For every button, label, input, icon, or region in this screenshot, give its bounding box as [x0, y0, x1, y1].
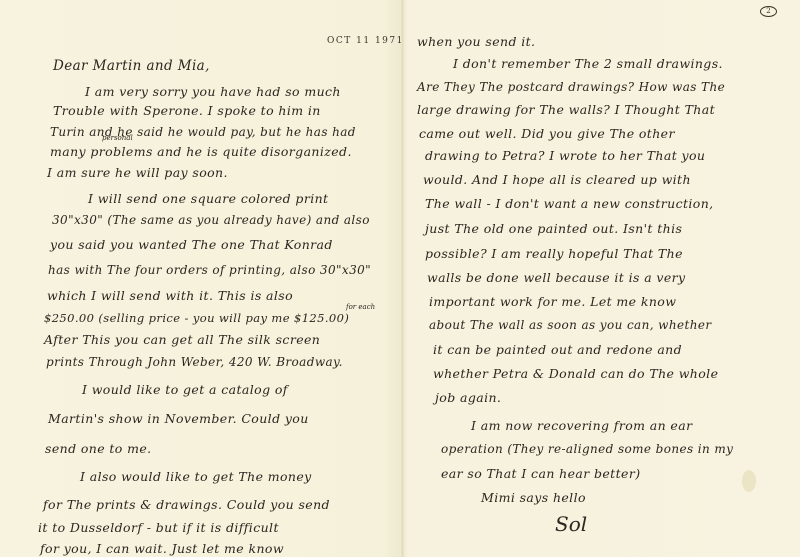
letter-line: walls be done well because it is a very: [427, 270, 686, 285]
letter-date: OCT 11 1971: [327, 36, 404, 46]
letter-line: it can be painted out and redone and: [433, 342, 682, 357]
letter-line: possible? I am really hopeful That The: [425, 246, 683, 261]
letter-line: job again.: [435, 390, 501, 405]
letter-line: whether Petra & Donald can do The whole: [433, 366, 718, 381]
letter-page-2: 2 when you send it. I don't remember The…: [405, 0, 800, 557]
letter-line: for The prints & drawings. Could you sen…: [43, 497, 330, 512]
letter-line: you said you wanted The one That Konrad: [50, 237, 333, 252]
letter-line: operation (They re-aligned some bones in…: [441, 442, 733, 456]
letter-line: ear so That I can hear better): [441, 466, 640, 481]
letter-line: large drawing for The walls? I Thought T…: [417, 102, 715, 117]
letter-line: came out well. Did you give The other: [419, 126, 675, 141]
letter-scan: OCT 11 1971 Dear Martin and Mia, I am ve…: [0, 0, 800, 557]
letter-line: I am sure he will pay soon.: [47, 165, 228, 180]
letter-line: The wall - I don't want a new constructi…: [425, 196, 714, 211]
letter-line: I am very sorry you have had so much: [85, 84, 341, 99]
letter-line: which I will send with it. This is also: [47, 288, 293, 303]
letter-line: has with The four orders of printing, al…: [48, 263, 371, 277]
insertion-note: personal: [102, 134, 133, 142]
letter-line: Martin's show in November. Could you: [48, 411, 309, 426]
page-number: 2: [760, 6, 777, 17]
letter-line: I will send one square colored print: [88, 191, 328, 206]
page-divider: [401, 0, 404, 557]
letter-line: many problems and he is quite disorganiz…: [50, 144, 352, 159]
letter-page-1: OCT 11 1971 Dear Martin and Mia, I am ve…: [0, 0, 400, 557]
letter-line: it to Dusseldorf - but if it is difficul…: [38, 520, 279, 535]
letter-line: Are They The postcard drawings? How was …: [417, 80, 725, 94]
letter-line: send one to me.: [45, 441, 152, 456]
letter-line: 30"x30" (The same as you already have) a…: [52, 213, 370, 227]
letter-line: about The wall as soon as you can, wheth…: [429, 318, 711, 332]
letter-line: I would like to get a catalog of: [82, 382, 288, 397]
letter-line: drawing to Petra? I wrote to her That yo…: [425, 148, 705, 163]
letter-line: important work for me. Let me know: [429, 294, 676, 309]
letter-line: I also would like to get The money: [80, 469, 312, 484]
letter-line: Turin and he said he would pay, but he h…: [50, 125, 356, 139]
letter-line: $250.00 (selling price - you will pay me…: [44, 311, 349, 325]
closing-line: Mimi says hello: [481, 490, 586, 505]
letter-line: for you, I can wait. Just let me know: [40, 541, 284, 556]
letter-line: I don't remember The 2 small drawings.: [453, 56, 723, 71]
letter-line: prints Through John Weber, 420 W. Broadw…: [46, 355, 343, 369]
letter-line: just The old one painted out. Isn't this: [425, 221, 682, 236]
insertion-note: for each: [346, 303, 375, 311]
letter-line: After This you can get all The silk scre…: [44, 332, 320, 347]
letter-line: I am now recovering from an ear: [471, 418, 692, 433]
salutation: Dear Martin and Mia,: [53, 58, 210, 74]
letter-line: Trouble with Sperone. I spoke to him in: [53, 103, 321, 118]
letter-line: when you send it.: [417, 34, 535, 49]
signature: Sol: [555, 512, 587, 536]
letter-line: would. And I hope all is cleared up with: [423, 172, 691, 187]
